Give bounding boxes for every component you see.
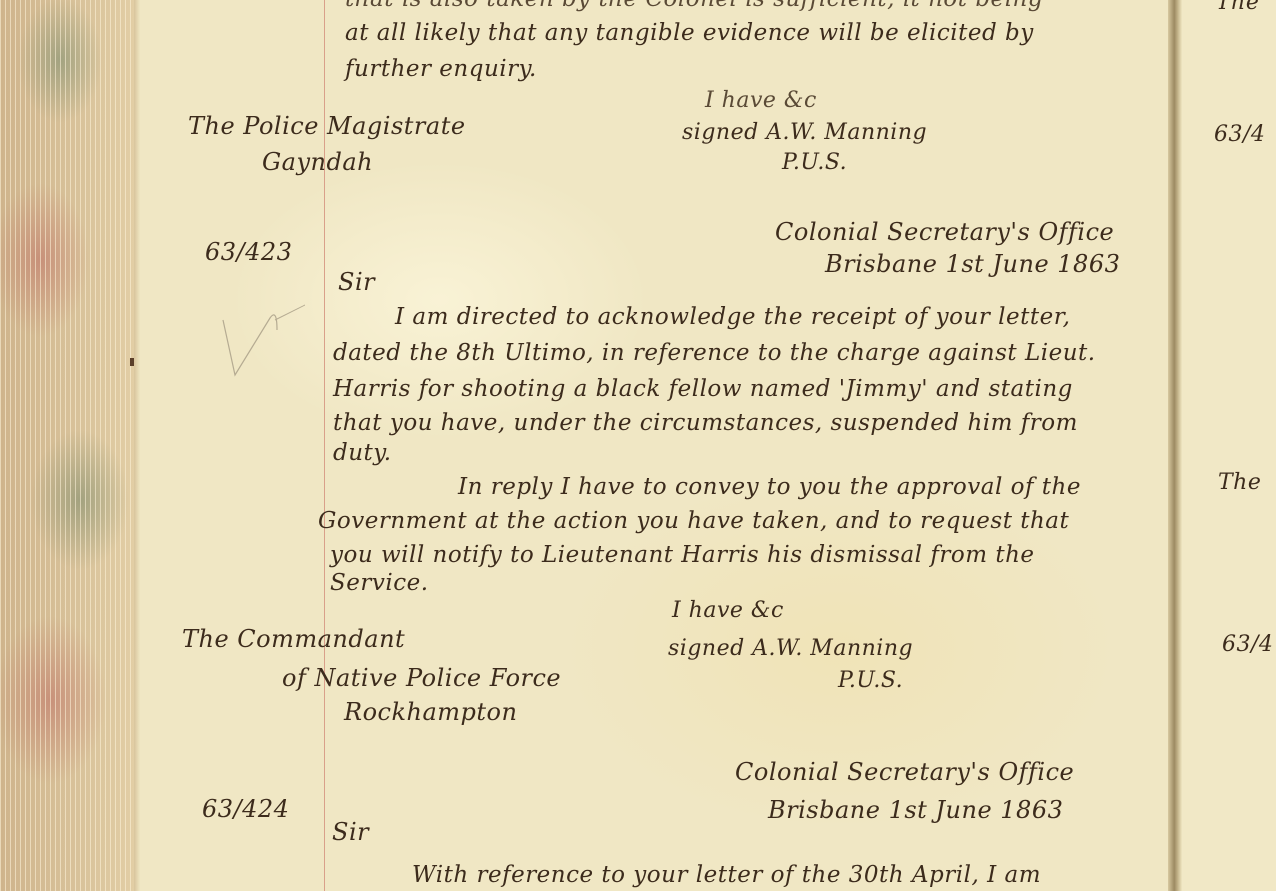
letter2-addressee-line1: The Commandant: [182, 625, 405, 653]
letter2-closing: I have &c: [672, 598, 784, 623]
letter2-body-line-5: duty.: [333, 440, 392, 466]
letter3-office: Colonial Secretary's Office: [735, 758, 1074, 786]
book-fore-edge: [0, 0, 140, 891]
facing-page-fragment: The 63/4 The 63/4: [1182, 0, 1276, 891]
letter3-place-date: Brisbane 1st June 1863: [768, 796, 1063, 824]
book-gutter: [1168, 0, 1182, 891]
letter1-addressee-line2: Gayndah: [262, 148, 373, 176]
letter3-salutation: Sir: [332, 818, 369, 846]
letter2-title: P.U.S.: [838, 668, 903, 693]
continuation-line-2: at all likely that any tangible evidence…: [345, 20, 1034, 46]
letter2-place-date: Brisbane 1st June 1863: [825, 250, 1120, 278]
facing-page-text-1: The: [1216, 0, 1259, 15]
facing-page-text-3: The: [1218, 470, 1261, 495]
letter2-reply-line-3: you will notify to Lieutenant Harris his…: [330, 542, 1035, 568]
letter2-body-line-2: dated the 8th Ultimo, in reference to th…: [333, 340, 1096, 366]
letter1-signature: signed A.W. Manning: [682, 120, 927, 145]
letter2-signature: signed A.W. Manning: [668, 636, 913, 661]
letter2-reply-line-1: In reply I have to convey to you the app…: [458, 474, 1081, 500]
letter1-addressee-line1: The Police Magistrate: [188, 112, 466, 140]
pencil-check-mark-icon: [215, 290, 305, 380]
letter2-reply-line-2: Government at the action you have taken,…: [318, 508, 1069, 534]
letter3-reference: 63/424: [202, 795, 289, 823]
letter2-body-line-1: I am directed to acknowledge the receipt…: [395, 304, 1070, 330]
edge-blemish: [130, 358, 136, 366]
letter2-addressee-line3: Rockhampton: [344, 698, 517, 726]
continuation-line-1: that is also taken by the Colonel is suf…: [345, 0, 1043, 12]
letter1-title: P.U.S.: [782, 150, 847, 175]
letter2-reference: 63/423: [205, 238, 292, 266]
letter1-closing: I have &c: [705, 88, 817, 113]
facing-page-text-2: 63/4: [1214, 122, 1265, 147]
letter2-addressee-line2: of Native Police Force: [282, 664, 561, 692]
letter3-body-line-1: With reference to your letter of the 30t…: [412, 862, 1041, 888]
continuation-line-3: further enquiry.: [345, 56, 537, 82]
letter2-office: Colonial Secretary's Office: [775, 218, 1114, 246]
letter2-reply-line-4: Service.: [330, 570, 429, 596]
letter2-salutation: Sir: [338, 268, 375, 296]
facing-page-text-4: 63/4: [1222, 632, 1273, 657]
letter2-body-line-4: that you have, under the circumstances, …: [333, 410, 1078, 436]
letter2-body-line-3: Harris for shooting a black fellow named…: [333, 376, 1073, 402]
